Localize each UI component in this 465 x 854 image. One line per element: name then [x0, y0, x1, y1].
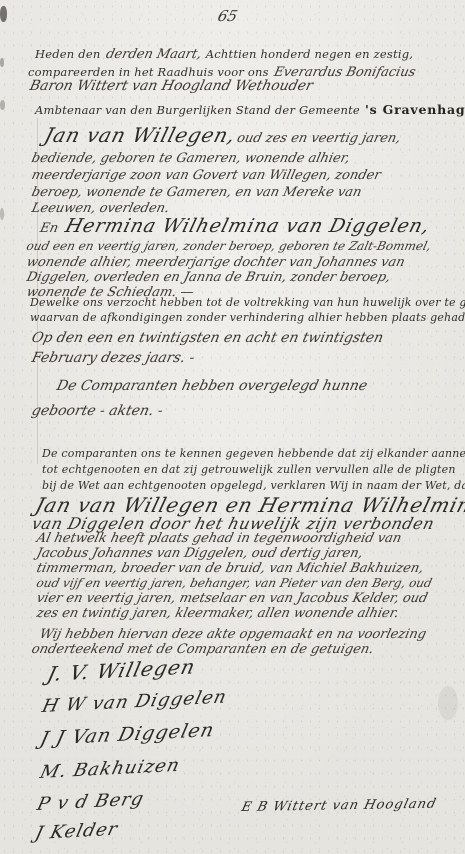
witnesses-line-5: vier en veertig jaren, metselaar en van …: [35, 592, 429, 606]
groom-line-2: bediende, geboren te Gameren, wonende al…: [30, 152, 351, 166]
intro-l1-print-a: Heden den: [35, 47, 100, 61]
bride-line-3: wonende alhier, meerderjarige dochter va…: [25, 256, 406, 270]
signature-witness-1: J J Van Diggelen: [38, 719, 217, 750]
groom-age: oud zes en veertig jaren,: [236, 132, 402, 146]
intro-l1-print-b: Achttien honderd negen en zestig,: [206, 47, 413, 61]
scan-smudge: [0, 208, 4, 220]
intro-line-4: Ambtenaar van den Burgerlijken Stand der…: [35, 100, 465, 118]
signature-official: E B Wittert van Hoogland: [240, 797, 438, 815]
groom-line-4: beroep, wonende te Gameren, en van Merek…: [30, 186, 363, 200]
banns-dates-line-1: Op den een en twintigsten en acht en twi…: [30, 331, 385, 346]
groom-name: Jan van Willegen,: [42, 124, 238, 146]
declaration-line-1: De comparanten ons te kennen gegeven heb…: [42, 448, 465, 460]
scan-smudge: [0, 6, 7, 22]
signature-witness-4: J Kelder: [33, 819, 120, 844]
scan-smudge: [0, 100, 5, 110]
certificates-line-2: geboorte - akten. -: [30, 404, 164, 419]
signature-bride: H W van Diggelen: [40, 687, 229, 717]
witnesses-line-4: oud vijf en veertig jaren, behanger, van…: [35, 577, 433, 590]
signature-witness-3: P v d Berg: [35, 789, 146, 815]
witnesses-line-1: Al hetwelk heeft plaats gehad in tegenwo…: [35, 532, 403, 546]
scanned-marriage-act-page: 65 Heden den derden Maart, Achttien hond…: [0, 0, 465, 854]
bride-name-line: En Hermina Wilhelmina van Diggelen,: [40, 216, 427, 237]
bride-line-4: Diggelen, overleden en Janna de Bruin, z…: [25, 271, 392, 285]
request-line-1: Dewelke ons verzocht hebben tot de voltr…: [30, 297, 465, 309]
banns-dates-line-2: February dezes jaars. -: [30, 351, 196, 366]
closing-line-1: Wij hebben hiervan deze akte opgemaakt e…: [38, 628, 428, 642]
page-number: 65: [216, 8, 239, 25]
request-line-2: waarvan de afkondigingen zonder verhinde…: [30, 312, 465, 324]
bride-name: Hermina Wilhelmina van Diggelen,: [63, 216, 432, 237]
groom-name-line: Jan van Willegen, oud zes en veertig jar…: [42, 124, 401, 146]
intro-l1-handwritten-date: derden Maart,: [104, 48, 202, 62]
witnesses-line-3: timmerman, broeder van de bruid, van Mic…: [35, 562, 425, 576]
groom-line-3: meerderjarige zoon van Govert van Willeg…: [30, 169, 382, 183]
signature-groom: J. V. Willegen: [45, 654, 198, 686]
intro-line-1: Heden den derden Maart, Achttien honderd…: [35, 44, 413, 62]
declaration-line-2: tot echtgenooten en dat zij getrouwelijk…: [42, 464, 456, 476]
municipality-name: 's Gravenhage,: [365, 102, 465, 117]
witnesses-line-2: Jacobus Johannes van Diggelen, oud derti…: [35, 547, 364, 561]
scan-blemish: [438, 686, 458, 720]
declaration-names-line-2: van Diggelen door het huwelijk zijn verb…: [30, 515, 436, 533]
certificates-line-1: De Comparanten hebben overgelegd hunne: [55, 379, 369, 394]
scan-smudge: [0, 58, 4, 67]
declaration-line-3: bij de Wet aan echtgenooten opgelegd, ve…: [42, 480, 465, 492]
signature-witness-2: M. Bakhuizen: [38, 755, 182, 783]
bride-name-prefix: En: [38, 222, 59, 236]
declaration-names-line-1: Jan van Willegen en Hermina Wilhelmina: [33, 494, 465, 516]
closing-line-2: onderteekend met de Comparanten en de ge…: [30, 643, 375, 657]
witnesses-line-6: zes en twintig jaren, kleermaker, allen …: [35, 607, 400, 621]
intro-l4-print: Ambtenaar van den Burgerlijken Stand der…: [35, 103, 360, 117]
intro-l2-print: compareerden in het Raadhuis voor ons: [28, 65, 269, 79]
intro-line-3-official-title: Baron Wittert van Hoogland Wethouder: [28, 79, 314, 94]
bride-line-2: oud een en veertig jaren, zonder beroep,…: [25, 240, 432, 253]
